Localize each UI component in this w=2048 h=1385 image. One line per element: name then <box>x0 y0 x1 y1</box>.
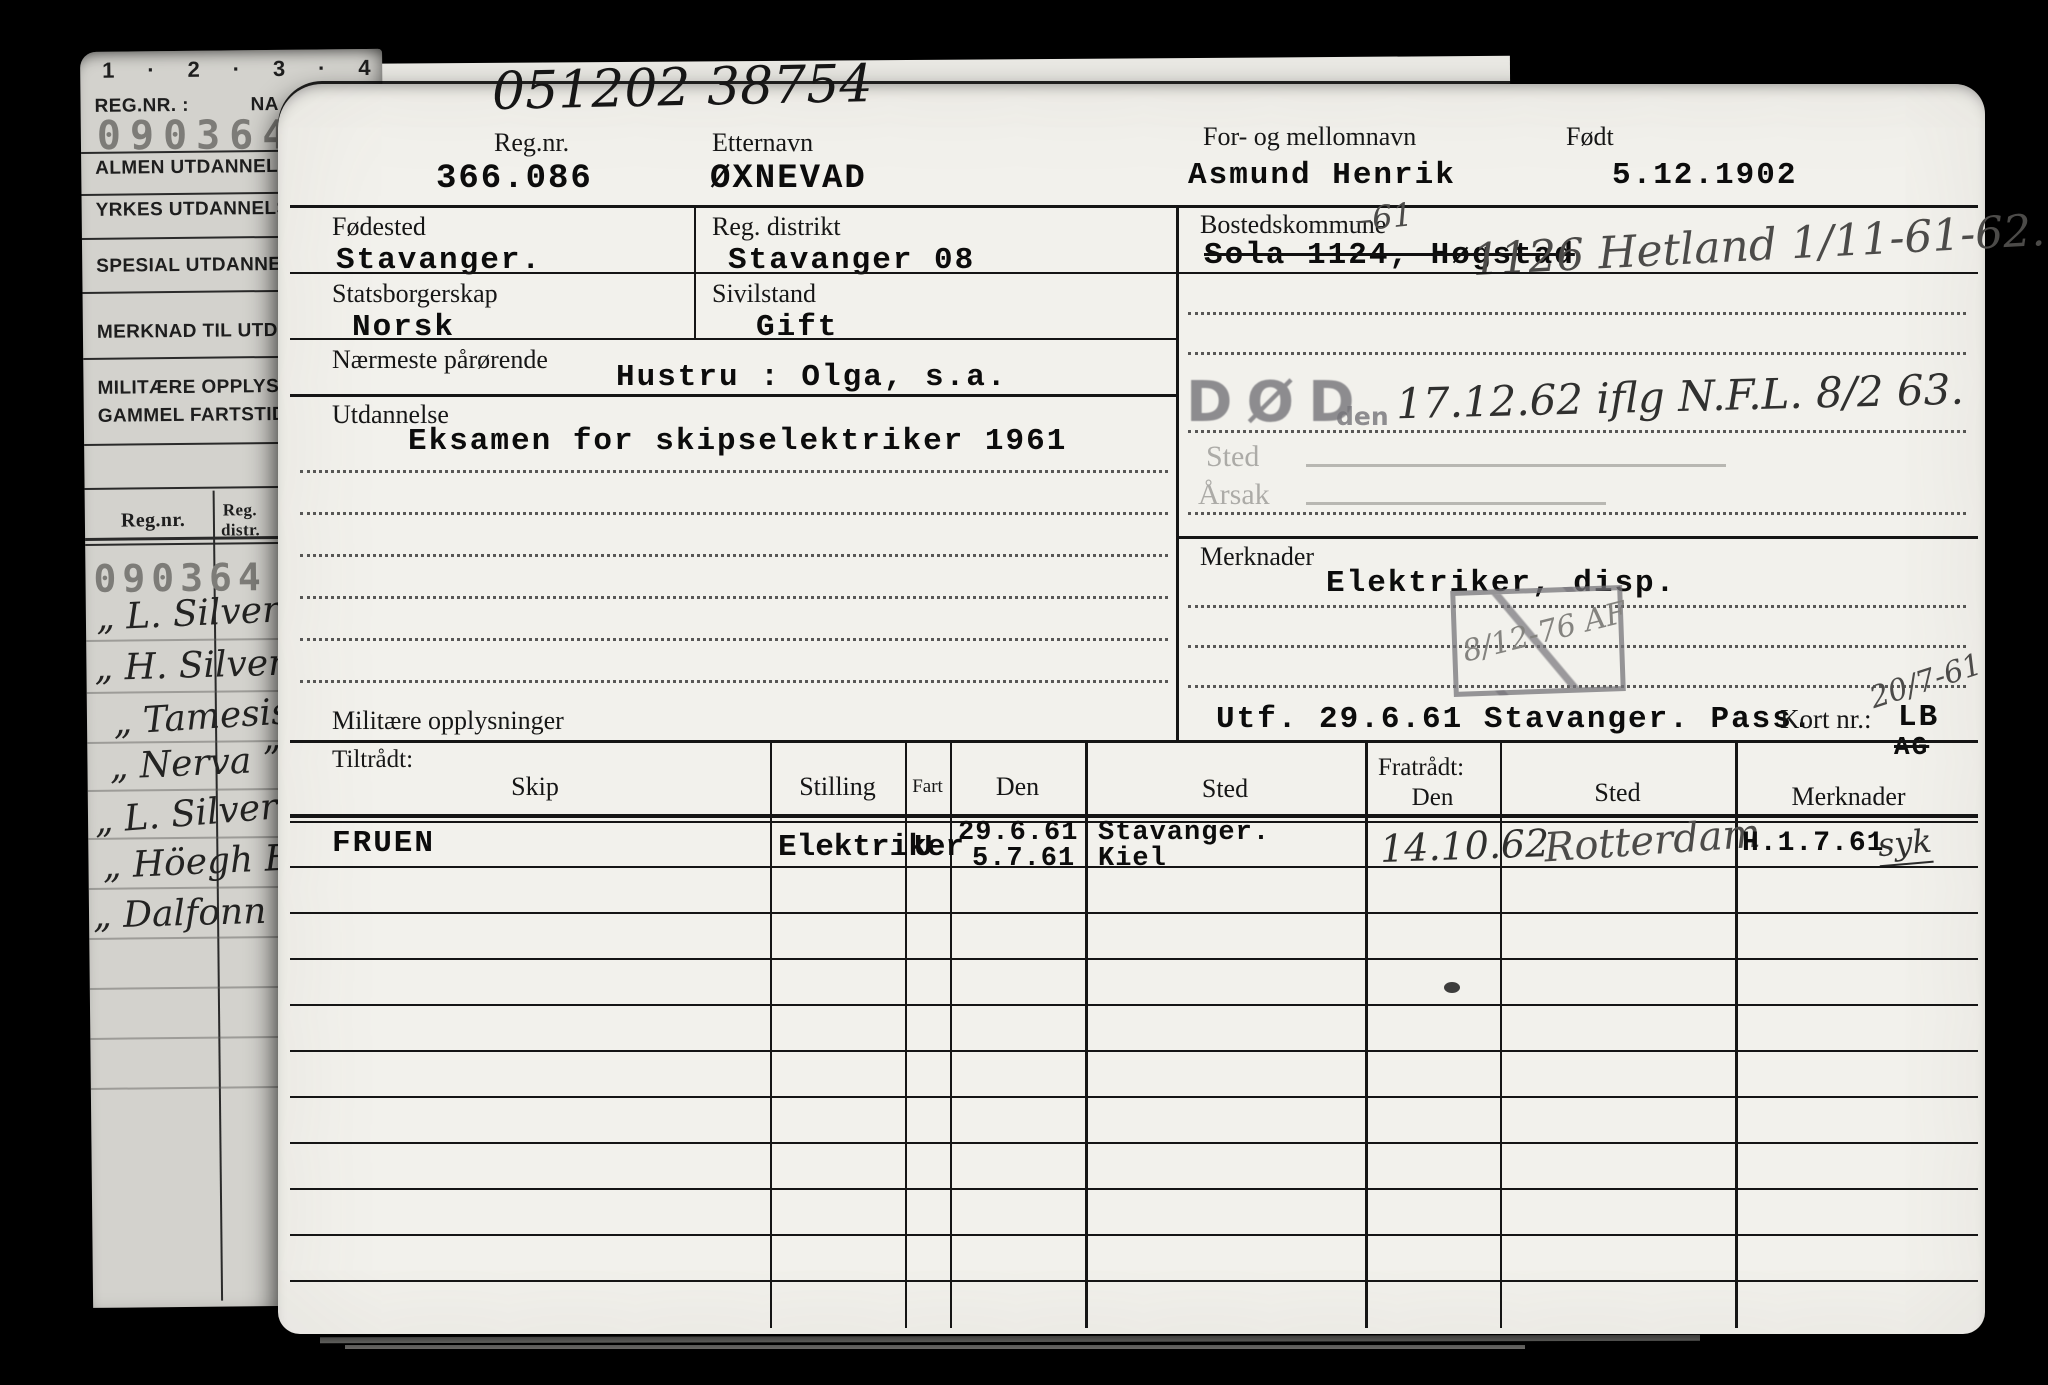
dod-date-handwritten: 17.12.62 iflg N.F.L. 8/2 63. <box>1395 365 1964 429</box>
table-row-rule <box>290 958 1978 960</box>
table-vline <box>950 740 952 1328</box>
regnr-value: 366.086 <box>436 160 593 198</box>
table-top-rule <box>290 740 1978 743</box>
table-row-rule <box>290 1280 1978 1282</box>
table-vline <box>770 740 772 1328</box>
col-header-fratradt-den: Den <box>1365 784 1500 812</box>
arsak-stamp: Årsak <box>1198 478 1270 512</box>
sted-faint-line <box>1306 464 1726 467</box>
dotted-rule <box>300 554 1168 557</box>
date-stamp-box: 8/12-76 AF <box>1450 585 1626 697</box>
kortnr-label: Kort nr.: <box>1780 704 1872 735</box>
main-card-content: 051202 38754 Reg.nr. Etternavn For- og m… <box>0 0 2048 1385</box>
dotted-rule <box>1188 312 1966 315</box>
row-merknad: H.1.7.61 <box>1742 828 1884 859</box>
dotted-rule <box>300 512 1168 515</box>
center-divider <box>1176 205 1179 740</box>
dotted-rule <box>1188 430 1966 433</box>
rule-left <box>290 338 1176 340</box>
table-row-rule <box>290 1050 1978 1052</box>
dotted-rule <box>1188 352 1966 355</box>
rule-right <box>1176 272 1978 274</box>
parorende-value: Hustru : Olga, s.a. <box>616 360 1007 395</box>
utdannelse-value: Eksamen for skipselektriker 1961 <box>408 424 1067 459</box>
sted-stamp: Sted <box>1206 440 1259 474</box>
fodt-label: Født <box>1566 122 1614 152</box>
fodested-label: Fødested <box>332 212 426 242</box>
col-header-skip: Skip <box>300 772 770 802</box>
regdistrikt-label: Reg. distrikt <box>712 212 841 242</box>
militaere-label: Militære opplysninger <box>332 706 564 736</box>
rule-left <box>290 272 1176 274</box>
col-header-fratradt-sted: Sted <box>1500 778 1735 808</box>
row-fratradt-sted-handwritten: Rotterdam <box>1543 811 1762 872</box>
arsak-faint-line <box>1306 502 1606 505</box>
row-skip: FRUEN <box>332 826 435 861</box>
ink-smudge <box>1444 982 1460 993</box>
dotted-rule <box>300 596 1168 599</box>
row-sted-2: Kiel <box>1098 844 1167 874</box>
rule-full <box>290 205 1978 208</box>
parorende-label: Nærmeste pårørende <box>332 345 548 375</box>
rule-left <box>290 394 1176 397</box>
sivilstand-label: Sivilstand <box>712 279 816 309</box>
statsborgerskap-label: Statsborgerskap <box>332 279 498 309</box>
dod-den-stamp: den <box>1336 402 1389 431</box>
col-header-merknader: Merknader <box>1735 782 1962 812</box>
table-vline <box>1085 740 1088 1328</box>
col-header-fart: Fart <box>905 776 950 798</box>
etternavn-label: Etternavn <box>712 128 813 158</box>
col-header-stilling: Stilling <box>770 772 905 802</box>
dotted-rule <box>1188 512 1966 515</box>
rule-right <box>1176 536 1978 539</box>
row-fratradt-den-handwritten: 14.10.62 <box>1379 821 1550 871</box>
utf-value: Utf. 29.6.61 Stavanger. Pass. <box>1216 702 1814 737</box>
table-row-rule <box>290 866 1978 868</box>
table-row-rule <box>290 1004 1978 1006</box>
col-header-den: Den <box>950 772 1085 802</box>
row-merknad-handwritten: syk <box>1876 822 1933 868</box>
scanned-register-card-page: 1 · 2 · 3 · 4 REG.NR. : NA 090364 ALMEN … <box>0 0 2048 1385</box>
row-stilling: Elektriker <box>778 830 964 865</box>
stampbox-handwritten: 8/12-76 AF <box>1459 595 1630 670</box>
table-row-rule <box>290 912 1978 914</box>
tiltradt-label: Tiltrådt: <box>332 746 413 774</box>
merknader-label: Merknader <box>1200 542 1314 572</box>
col-header-fratradt: Fratrådt: <box>1378 754 1464 782</box>
row-fart: U <box>914 830 935 865</box>
table-row-rule <box>290 1096 1978 1098</box>
bosted-hw-61: –61 <box>1354 195 1414 239</box>
table-vline <box>1365 740 1368 1328</box>
mellomnavn-label: For- og mellomnavn <box>1203 122 1416 152</box>
etternavn-value: ØXNEVAD <box>710 160 867 198</box>
table-vline <box>905 740 907 1328</box>
dotted-rule <box>300 470 1168 473</box>
kortnr-struck: AG <box>1894 732 1929 762</box>
mellomnavn-value: Asmund Henrik <box>1188 158 1456 193</box>
serial-handwritten: 051202 38754 <box>491 54 873 122</box>
row-den-2: 5.7.61 <box>972 844 1075 874</box>
col-header-sted: Sted <box>1085 774 1365 804</box>
table-row-rule <box>290 1142 1978 1144</box>
regnr-label: Reg.nr. <box>494 128 569 158</box>
table-row-rule <box>290 1234 1978 1236</box>
table-row-rule <box>290 1188 1978 1190</box>
dotted-rule <box>300 638 1168 641</box>
dotted-rule <box>300 680 1168 683</box>
fodt-value: 5.12.1902 <box>1612 158 1797 193</box>
